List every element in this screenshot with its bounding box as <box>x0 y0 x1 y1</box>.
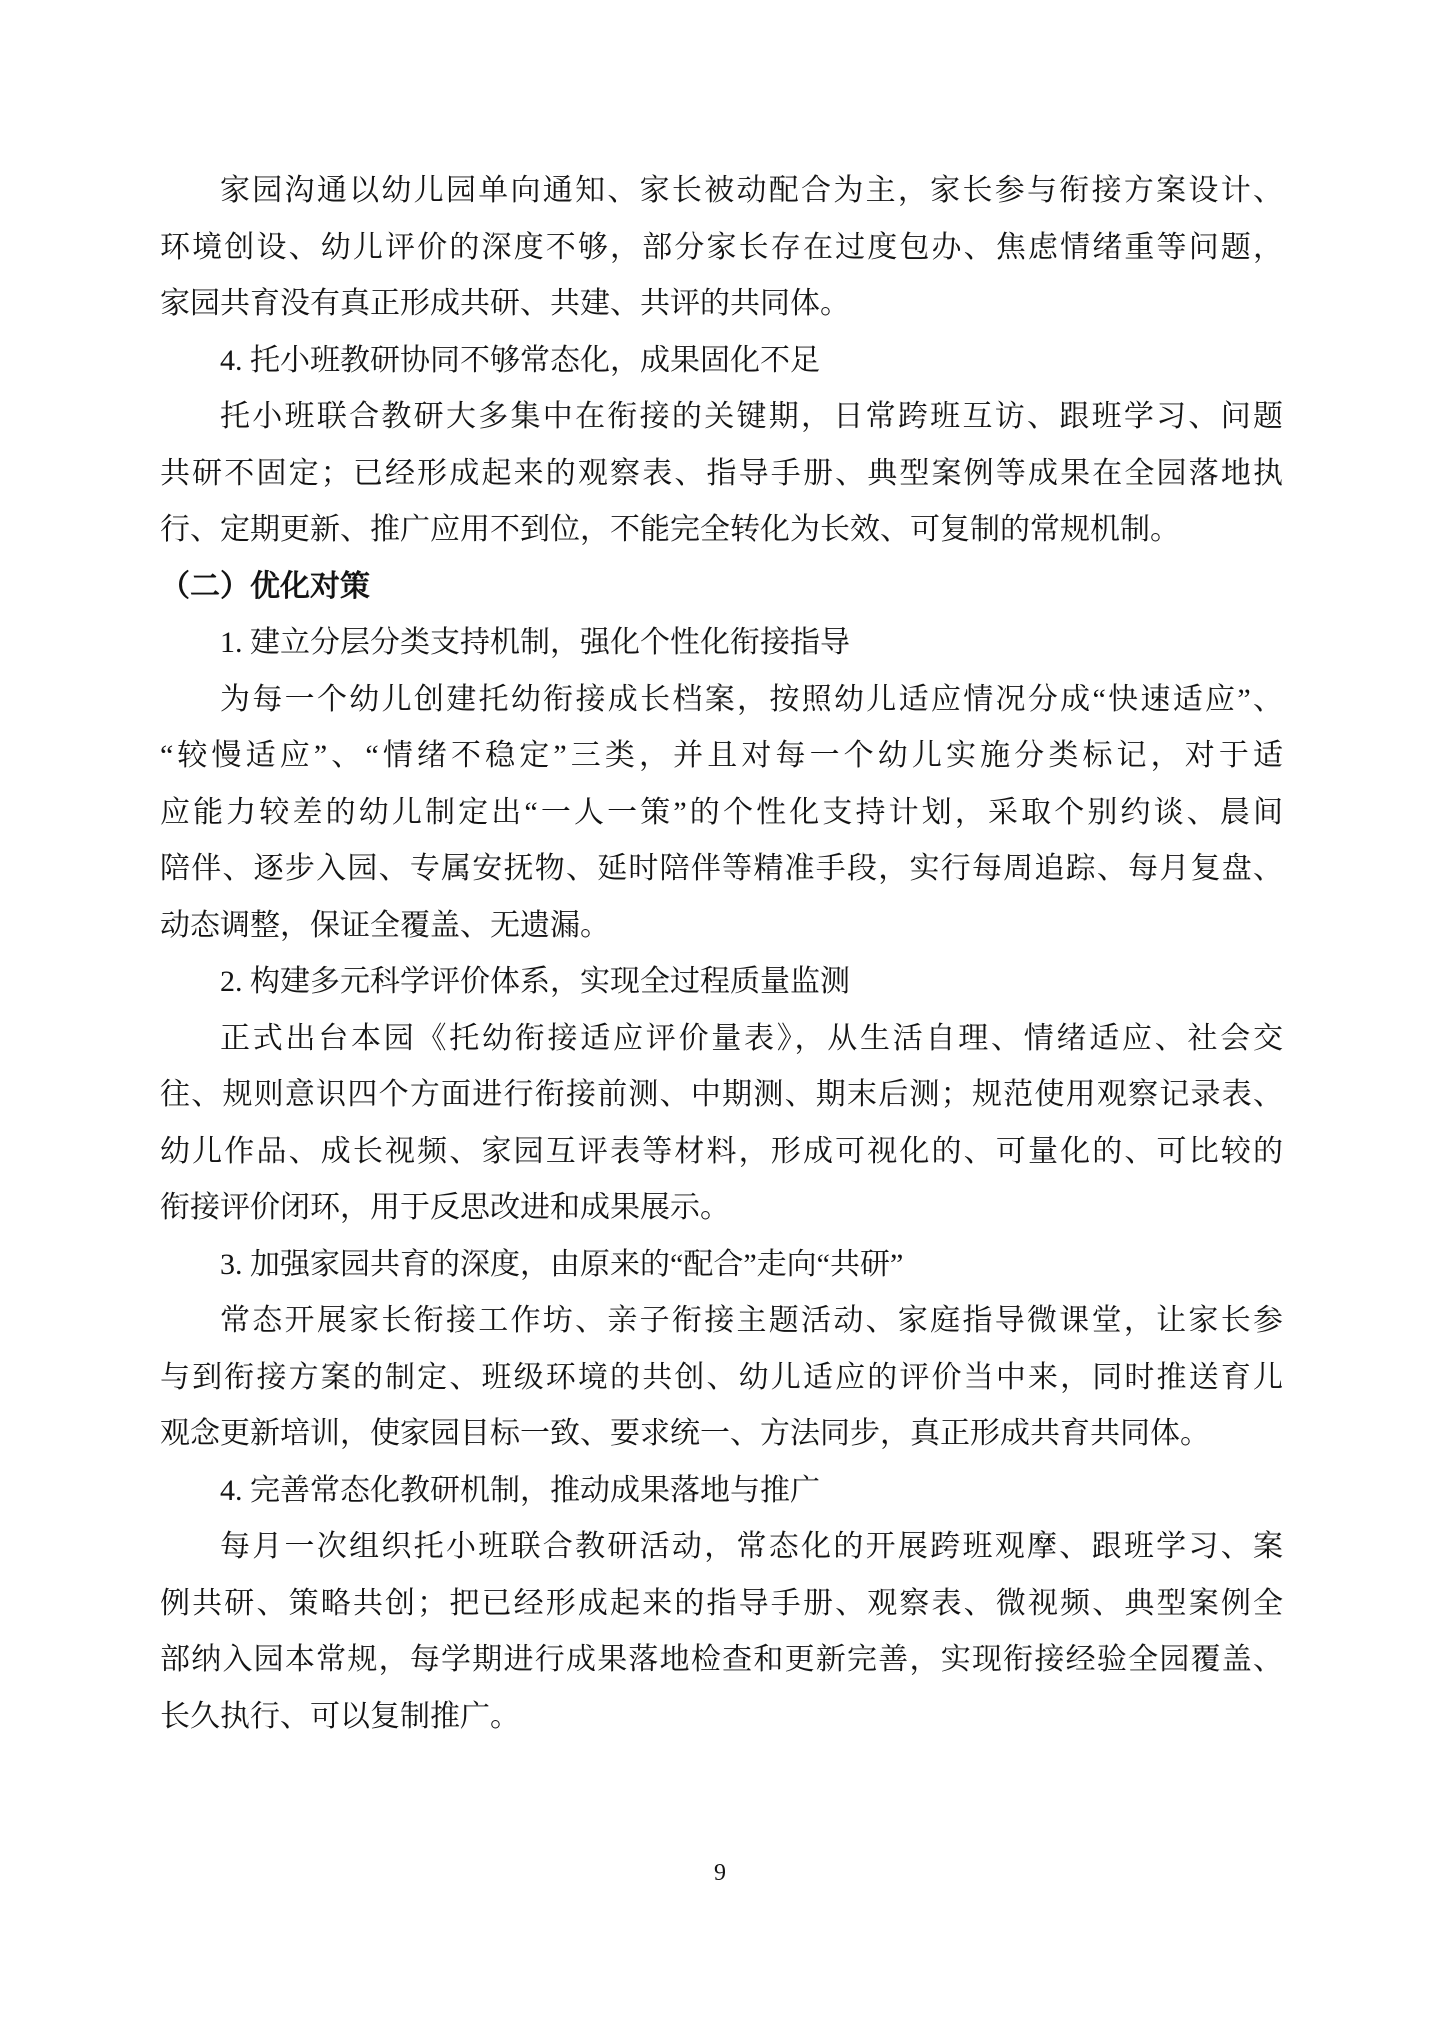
text-line: 3. 加强家园共育的深度，由原来的“配合”走向“共研” <box>160 1237 1283 1294</box>
text-line: 共研不固定；已经形成起来的观察表、指导手册、典型案例等成果在全园落地执 <box>160 446 1283 503</box>
text-line: 部纳入园本常规，每学期进行成果落地检查和更新完善，实现衔接经验全园覆盖、 <box>160 1632 1283 1689</box>
text-line: 环境创设、幼儿评价的深度不够，部分家长存在过度包办、焦虑情绪重等问题， <box>160 220 1283 277</box>
document-page: 家园沟通以幼儿园单向通知、家长被动配合为主，家长参与衔接方案设计、环境创设、幼儿… <box>0 0 1440 2036</box>
text-line: 动态调整，保证全覆盖、无遗漏。 <box>160 898 1283 955</box>
text-line: 家园沟通以幼儿园单向通知、家长被动配合为主，家长参与衔接方案设计、 <box>160 163 1283 220</box>
text-line: 例共研、策略共创；把已经形成起来的指导手册、观察表、微视频、典型案例全 <box>160 1576 1283 1633</box>
text-line: 4. 完善常态化教研机制，推动成果落地与推广 <box>160 1463 1283 1520</box>
text-line: 4. 托小班教研协同不够常态化，成果固化不足 <box>160 333 1283 390</box>
text-line: 为每一个幼儿创建托幼衔接成长档案，按照幼儿适应情况分成“快速适应”、 <box>160 672 1283 729</box>
page-number: 9 <box>0 1860 1440 1887</box>
text-line: 2. 构建多元科学评价体系，实现全过程质量监测 <box>160 954 1283 1011</box>
text-line: 幼儿作品、成长视频、家园互评表等材料，形成可视化的、可量化的、可比较的 <box>160 1124 1283 1181</box>
text-line: 往、规则意识四个方面进行衔接前测、中期测、期末后测；规范使用观察记录表、 <box>160 1067 1283 1124</box>
text-line: 观念更新培训，使家园目标一致、要求统一、方法同步，真正形成共育共同体。 <box>160 1406 1283 1463</box>
text-line: 陪伴、逐步入园、专属安抚物、延时陪伴等精准手段，实行每周追踪、每月复盘、 <box>160 841 1283 898</box>
section-heading: （二）优化对策 <box>160 559 1283 616</box>
text-line: 衔接评价闭环，用于反思改进和成果展示。 <box>160 1180 1283 1237</box>
text-line: 行、定期更新、推广应用不到位，不能完全转化为长效、可复制的常规机制。 <box>160 502 1283 559</box>
text-line: 与到衔接方案的制定、班级环境的共创、幼儿适应的评价当中来，同时推送育儿 <box>160 1350 1283 1407</box>
text-line: 常态开展家长衔接工作坊、亲子衔接主题活动、家庭指导微课堂，让家长参 <box>160 1293 1283 1350</box>
text-line: 长久执行、可以复制推广。 <box>160 1689 1283 1746</box>
document-body: 家园沟通以幼儿园单向通知、家长被动配合为主，家长参与衔接方案设计、环境创设、幼儿… <box>160 163 1283 1745</box>
text-line: 家园共育没有真正形成共研、共建、共评的共同体。 <box>160 276 1283 333</box>
text-line: 每月一次组织托小班联合教研活动，常态化的开展跨班观摩、跟班学习、案 <box>160 1519 1283 1576</box>
text-line: “较慢适应”、“情绪不稳定”三类，并且对每一个幼儿实施分类标记，对于适 <box>160 728 1283 785</box>
text-line: 1. 建立分层分类支持机制，强化个性化衔接指导 <box>160 615 1283 672</box>
text-line: 应能力较差的幼儿制定出“一人一策”的个性化支持计划，采取个别约谈、晨间 <box>160 785 1283 842</box>
text-line: 托小班联合教研大多集中在衔接的关键期，日常跨班互访、跟班学习、问题 <box>160 389 1283 446</box>
text-line: 正式出台本园《托幼衔接适应评价量表》，从生活自理、情绪适应、社会交 <box>160 1011 1283 1068</box>
